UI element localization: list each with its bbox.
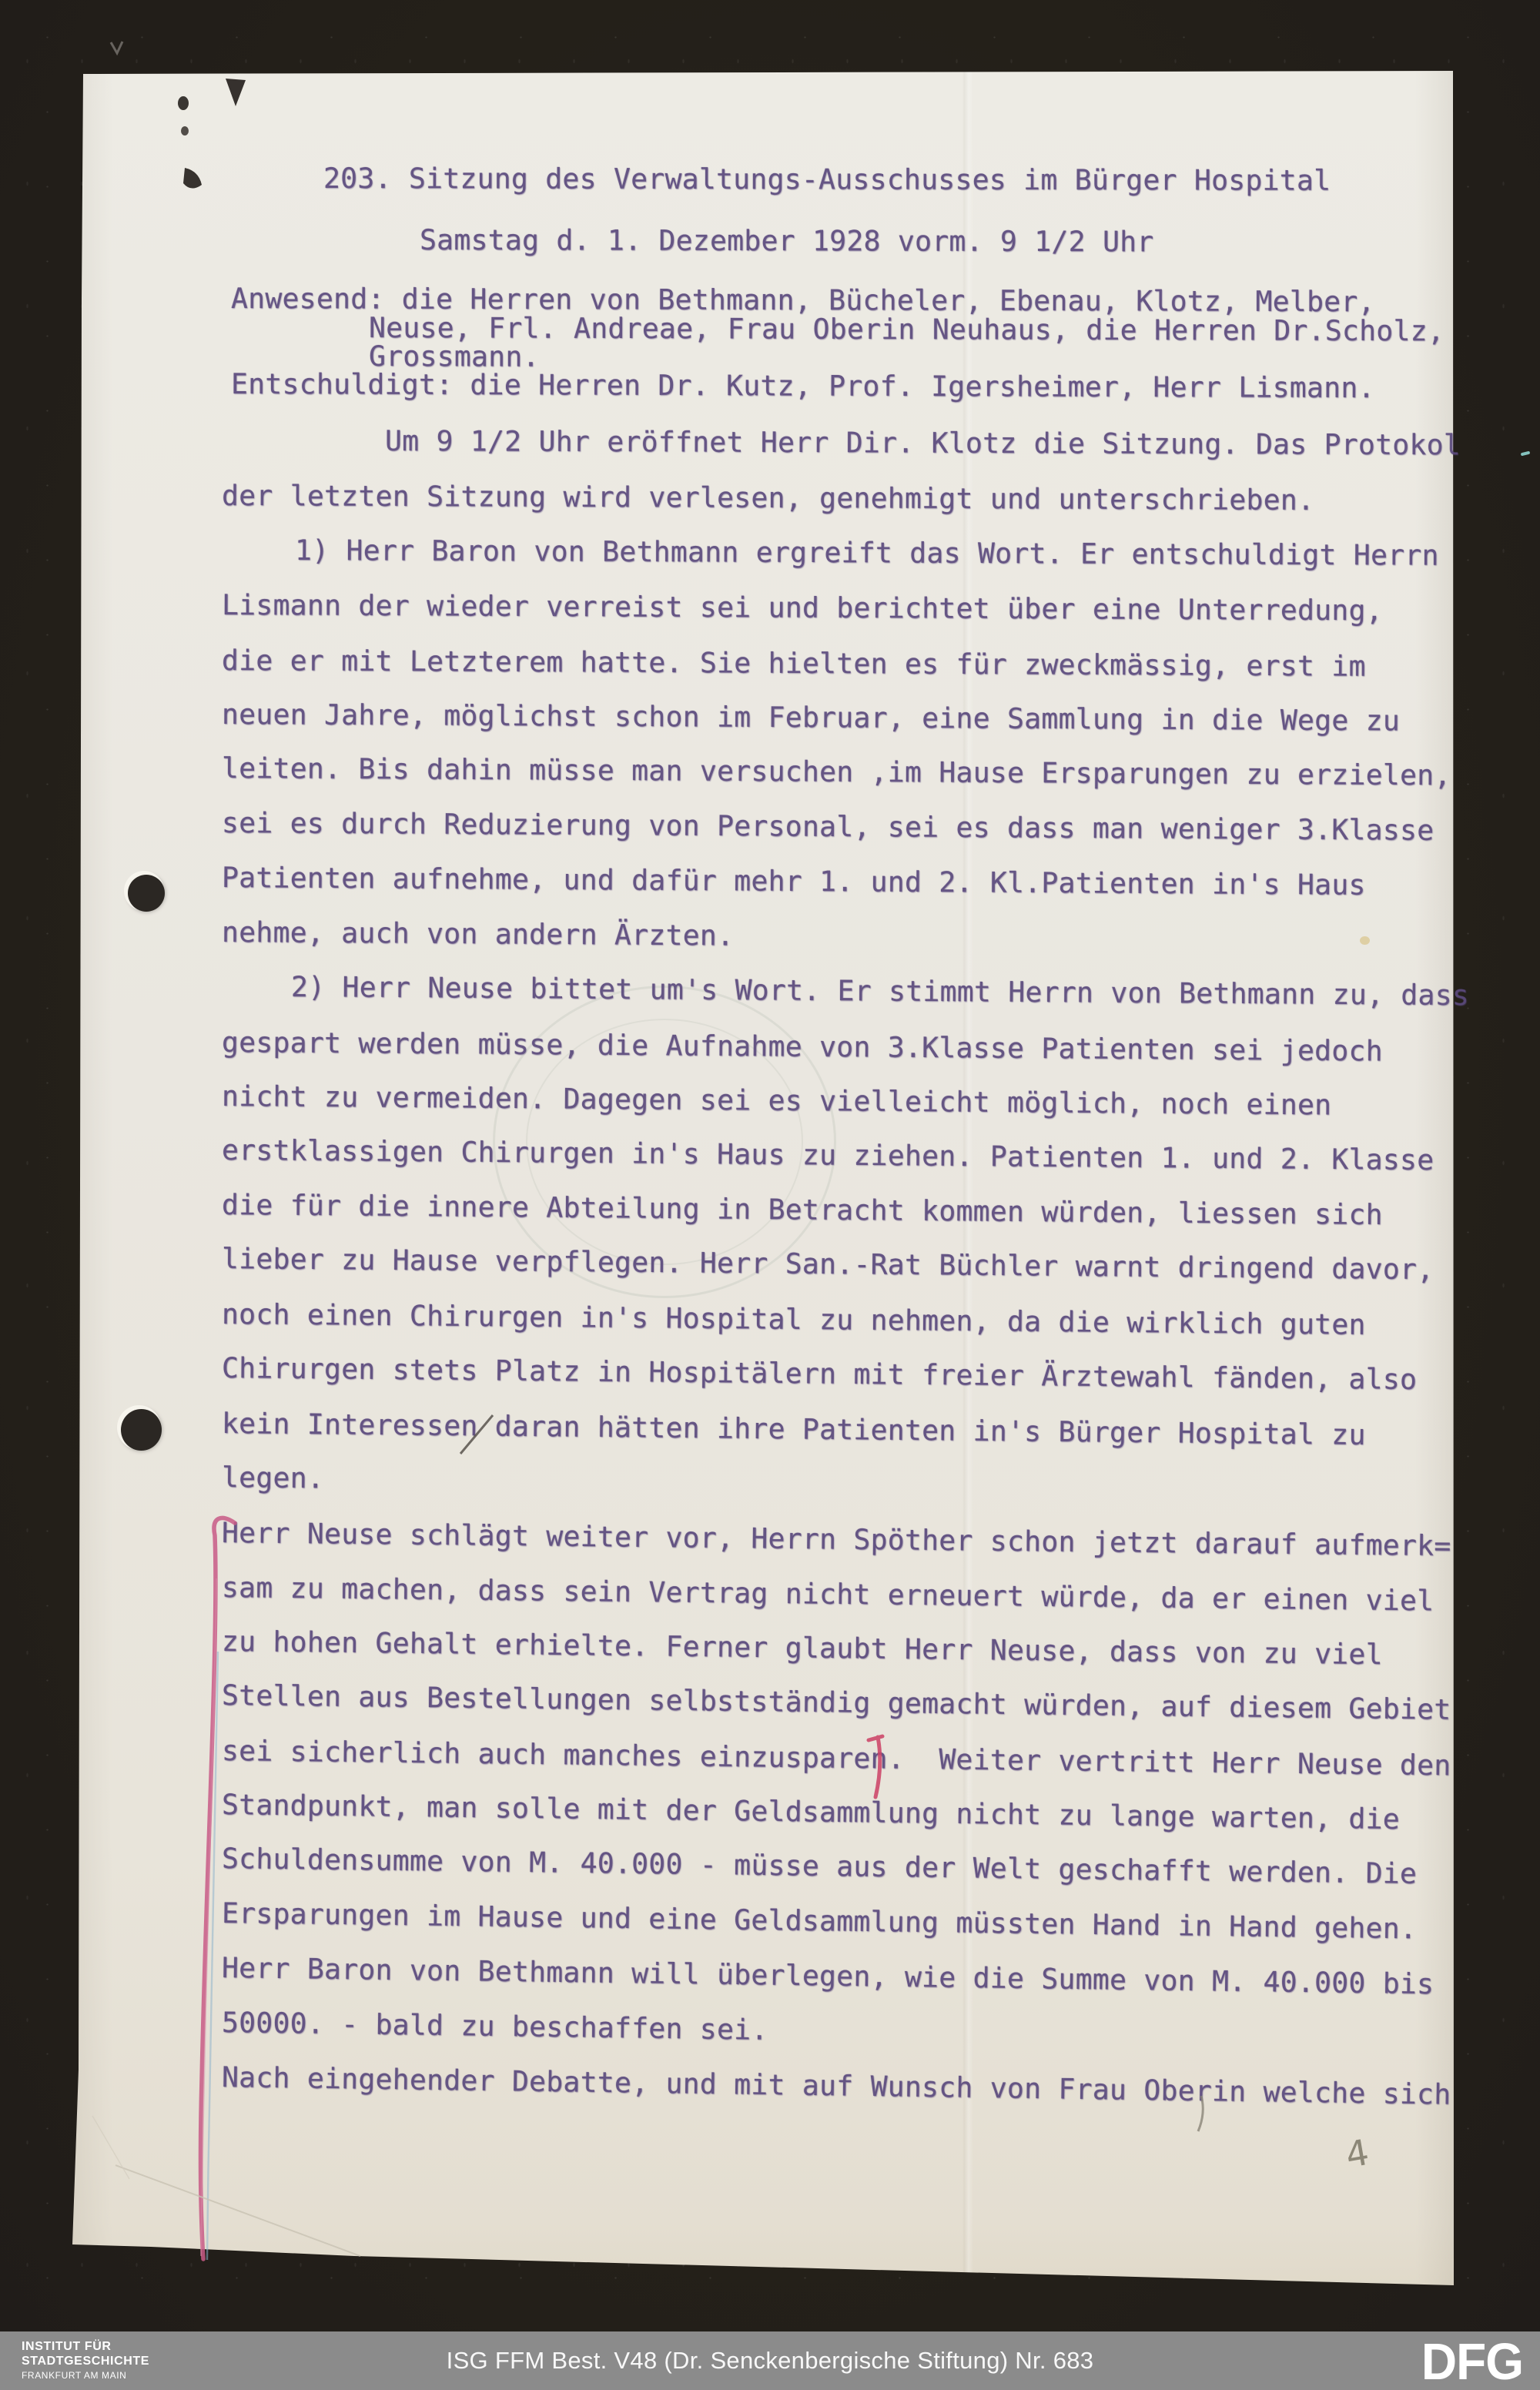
typed-line-17: 2) Herr Neuse bittet um's Wort. Er stimm… [291,972,1469,1011]
typed-line-33: Schuldensumme von M. 40.000 - müsse aus … [222,1843,1418,1890]
typed-line-11: die er mit Letzterem hatte. Sie hielten … [222,645,1366,682]
typed-line-16: nehme, auch von andern Ärzten. [222,917,735,952]
typed-line-18: gespart werden müsse, die Aufnahme von 3… [222,1027,1383,1067]
typed-line-27: Herr Neuse schlägt weiter vor, Herrn Spö… [222,1518,1451,1562]
typed-line-13: leiten. Bis dahin müsse man versuchen ,i… [222,753,1451,791]
typed-line-12: neuen Jahre, möglichst schon im Februar,… [222,699,1400,736]
archive-scan-page: { "colors": { "ink": "#5b4a7d", "paper":… [0,0,1540,2390]
typed-line-36: 50000. - bald zu beschaffen sei. [222,2007,768,2046]
punch-hole-top [128,875,165,912]
archive-footer-bar: INSTITUT FÜR STADTGESCHICHTE FRANKFURT A… [0,2331,1540,2390]
typed-line-15: Patienten aufnehme, und dafür mehr 1. un… [222,862,1366,901]
typed-line-7: Um 9 1/2 Uhr eröffnet Herr Dir. Klotz di… [385,426,1461,460]
typed-line-21: die für die innere Abteilung in Betracht… [222,1190,1383,1230]
typed-line-30: Stellen aus Bestellungen selbstständig g… [222,1680,1451,1726]
archive-reference-label: ISG FFM Best. V48 (Dr. Senckenbergische … [0,2347,1540,2375]
typed-line-20: erstklassigen Chirurgen in's Haus zu zie… [222,1135,1435,1176]
typed-line-32: Standpunkt, man solle mit der Geldsammlu… [222,1789,1400,1835]
typed-line-6: Entschuldigt: die Herren Dr. Kutz, Prof.… [231,369,1375,403]
typed-line-23: noch einen Chirurgen in's Hospital zu ne… [222,1299,1366,1341]
typed-line-2: Samstag d. 1. Dezember 1928 vorm. 9 1/2 … [420,225,1154,257]
typed-text-layer: 203. Sitzung des Verwaltungs-Ausschusses… [0,0,1540,2390]
punch-hole-bottom [121,1409,162,1451]
typed-line-29: zu hohen Gehalt erhielte. Ferner glaubt … [222,1626,1383,1670]
typed-line-37: Nach eingehender Debatte, und mit auf Wu… [222,2062,1451,2110]
paper-fleck [1360,936,1370,945]
typed-line-24: Chirurgen stets Platz in Hospitälern mit… [222,1353,1418,1395]
typed-line-28: sam zu machen, dass sein Vertrag nicht e… [222,1572,1435,1616]
typed-line-25: kein Interessen daran hätten ihre Patien… [222,1408,1366,1451]
typed-line-1: 203. Sitzung des Verwaltungs-Ausschusses… [323,163,1331,196]
typed-line-9: 1) Herr Baron von Bethmann ergreift das … [295,535,1439,571]
typed-line-35: Herr Baron von Bethmann will überlegen, … [222,1953,1435,2000]
typed-line-34: Ersparungen im Hause und eine Geldsammlu… [222,1898,1418,1944]
typed-line-22: lieber zu Hause verpflegen. Herr San.-Ra… [222,1244,1435,1285]
typed-line-14: sei es durch Reduzierung von Personal, s… [222,808,1435,846]
typed-line-19: nicht zu vermeiden. Dagegen sei es viell… [222,1081,1332,1120]
dfg-logo: DFG [1421,2332,1523,2390]
typed-line-8: der letzten Sitzung wird verlesen, geneh… [222,480,1314,516]
typed-line-31: sei sicherlich auch manches einzusparen.… [222,1736,1451,1781]
typed-line-10: Lismann der wieder verreist sei und beri… [222,590,1383,626]
typed-line-26: legen. [222,1462,324,1494]
